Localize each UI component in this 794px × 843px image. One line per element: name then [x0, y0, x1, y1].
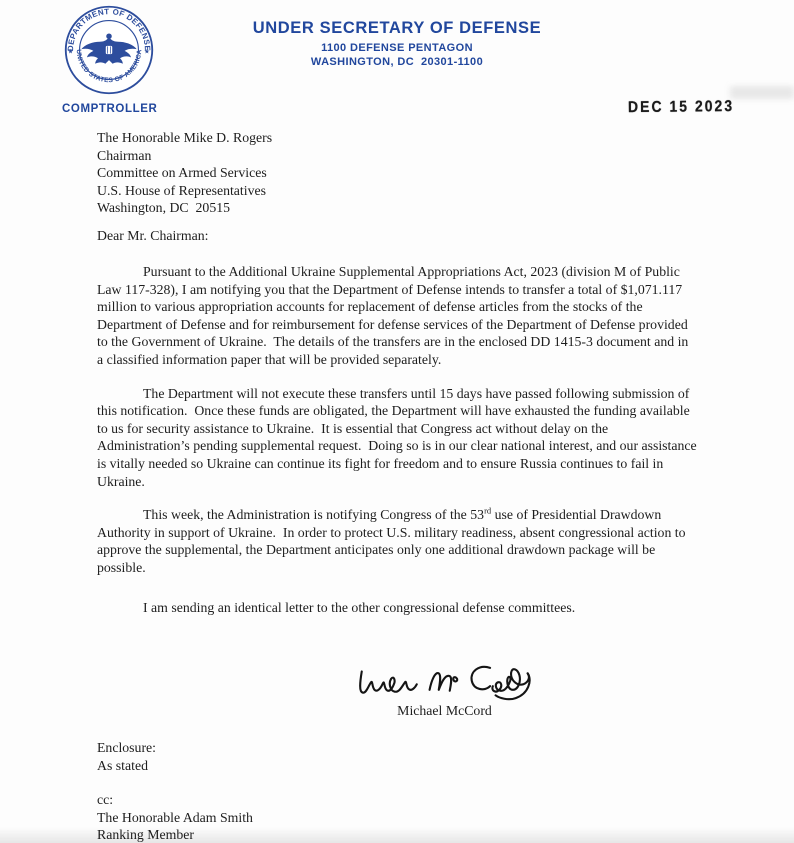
cc-title: Ranking Member	[97, 826, 253, 843]
enclosure-value: As stated	[97, 757, 156, 775]
letter-page: DEPARTMENT OF DEFENSE UNITED STATES OF A…	[0, 0, 794, 843]
comptroller-label: COMPTROLLER	[62, 103, 157, 115]
paragraph-1: Pursuant to the Additional Ukraine Suppl…	[97, 263, 697, 369]
paragraph-4: I am sending an identical letter to the …	[97, 599, 697, 617]
enclosure-block: Enclosure: As stated	[97, 739, 156, 774]
letterhead: UNDER SECRETARY OF DEFENSE 1100 DEFENSE …	[0, 19, 794, 69]
recipient-address: The Honorable Mike D. Rogers Chairman Co…	[97, 129, 272, 217]
recipient-title: Chairman	[97, 147, 272, 165]
cc-block: cc: The Honorable Adam Smith Ranking Mem…	[97, 791, 253, 843]
cc-name: The Honorable Adam Smith	[97, 809, 253, 827]
date-stamp: DEC 15 2023	[628, 96, 734, 115]
paragraph-3: This week, the Administration is notifyi…	[97, 506, 697, 576]
letterhead-address-line1: 1100 DEFENSE PENTAGON	[0, 42, 794, 56]
letterhead-office: UNDER SECRETARY OF DEFENSE	[0, 19, 794, 38]
recipient-name: The Honorable Mike D. Rogers	[97, 129, 272, 147]
recipient-chamber: U.S. House of Representatives	[97, 182, 272, 200]
salutation: Dear Mr. Chairman:	[97, 228, 209, 244]
letter-body: Pursuant to the Additional Ukraine Suppl…	[97, 263, 697, 632]
letterhead-address-line2: WASHINGTON, DC 20301-1100	[0, 56, 794, 70]
scan-smudge	[730, 86, 794, 99]
signer-name: Michael McCord	[352, 703, 537, 719]
recipient-committee: Committee on Armed Services	[97, 164, 272, 182]
paragraph-2: The Department will not execute these tr…	[97, 385, 697, 491]
cc-label: cc:	[97, 791, 253, 809]
signature-icon	[342, 655, 552, 710]
recipient-city: Washington, DC 20515	[97, 199, 272, 217]
paragraph-3-text: This week, the Administration is notifyi…	[143, 507, 484, 522]
enclosure-label: Enclosure:	[97, 739, 156, 757]
